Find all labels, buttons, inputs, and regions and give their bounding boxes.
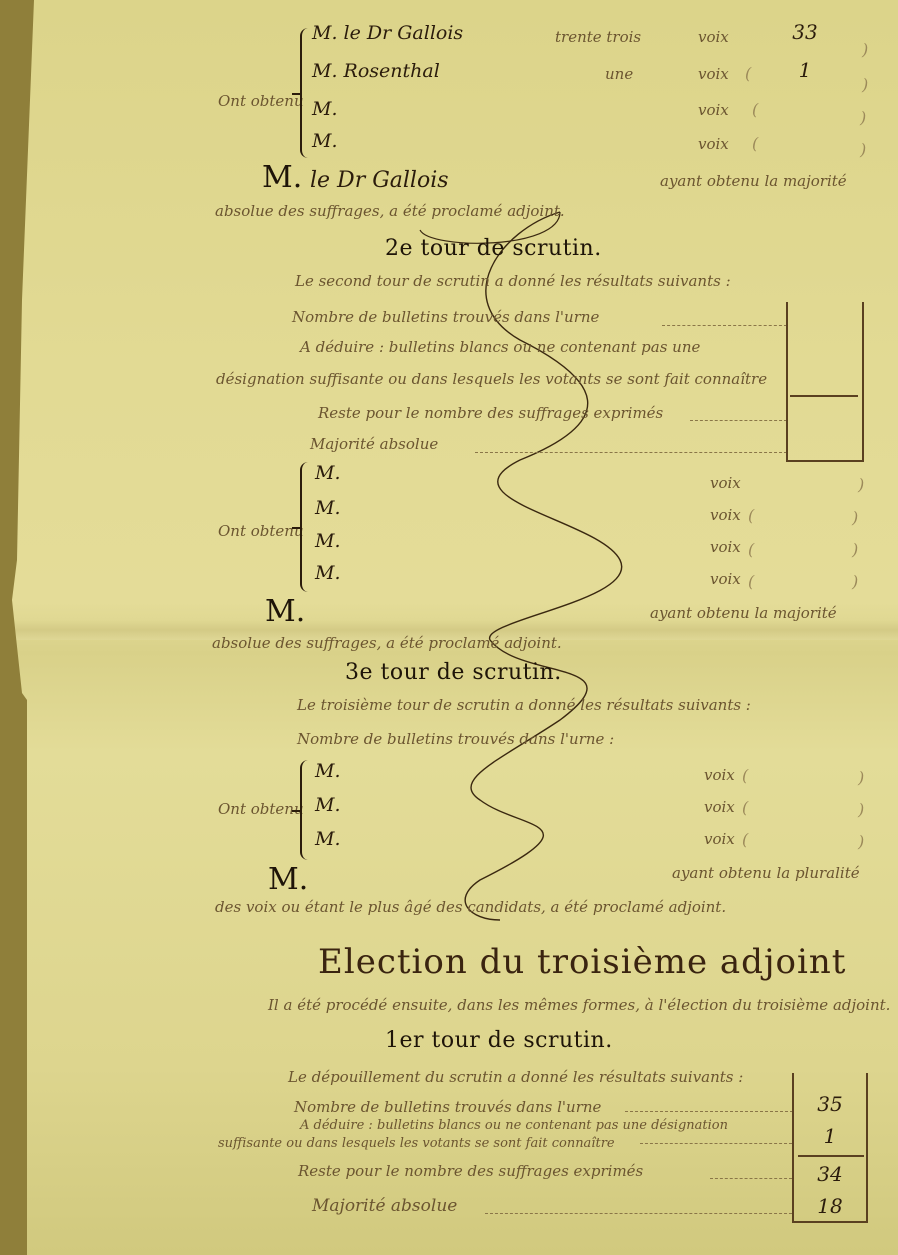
results-label: Ont obtenu xyxy=(218,92,304,110)
dotted-leader xyxy=(690,420,787,421)
candidate-prefix: M. xyxy=(315,794,341,816)
paren-open: ( xyxy=(742,798,748,817)
candidate-name: M. le Dr Gallois xyxy=(312,22,463,44)
candidate-name: M. xyxy=(312,98,338,120)
results-label: Ont obtenu xyxy=(218,800,304,818)
voix-label: voix xyxy=(704,830,735,848)
paren-close: ) xyxy=(858,800,864,819)
results-label: Ont obtenu xyxy=(218,522,304,540)
candidate-name: M. Rosenthal xyxy=(312,60,440,82)
voix-label: voix xyxy=(698,135,729,153)
vote-count: 33 xyxy=(785,20,825,44)
candidate-prefix: M. xyxy=(315,562,341,584)
vote-words: trente trois xyxy=(555,28,641,46)
voix-label: voix xyxy=(710,538,741,556)
paren-open: ( xyxy=(745,64,751,83)
dotted-leader xyxy=(485,1213,792,1214)
proclaimed-name: le Dr Gallois xyxy=(310,168,449,193)
section-intro: Il a été procédé ensuite, dans les mêmes… xyxy=(268,996,890,1014)
paren-close: ) xyxy=(852,508,858,527)
voix-label: voix xyxy=(698,101,729,119)
proclaimed-text: ayant obtenu la pluralité xyxy=(672,864,860,882)
paren-open: ( xyxy=(748,572,754,591)
voix-label: voix xyxy=(698,65,729,83)
deducted-value: 1 xyxy=(805,1124,855,1148)
results-brace xyxy=(300,28,312,158)
deduct-label-line2: désignation suffisante ou dans lesquels … xyxy=(216,370,767,388)
dotted-leader xyxy=(475,452,787,453)
deduct-label: A déduire : bulletins blancs ou ne conte… xyxy=(300,338,700,356)
paren-open: ( xyxy=(748,540,754,559)
proclaimed-text: ayant obtenu la majorité xyxy=(660,172,847,190)
remaining-label: Reste pour le nombre des suffrages expri… xyxy=(298,1162,643,1180)
tally-box-divider xyxy=(798,1155,864,1157)
candidate-prefix: M. xyxy=(315,828,341,850)
vote-words: une xyxy=(605,65,633,83)
round-intro: Le troisième tour de scrutin a donné les… xyxy=(297,696,751,714)
round-1-heading: 1er tour de scrutin. xyxy=(385,1028,613,1053)
paren-open: ( xyxy=(748,506,754,525)
voix-label: voix xyxy=(710,570,741,588)
proclaimed-text-line2: des voix ou étant le plus âgé des candid… xyxy=(215,898,726,916)
proclaimed-M: M. xyxy=(265,594,305,629)
voix-label: voix xyxy=(698,28,729,46)
candidate-name: M. xyxy=(312,130,338,152)
voix-label: voix xyxy=(710,474,741,492)
paren-open: ( xyxy=(742,830,748,849)
paren-close: ) xyxy=(852,540,858,559)
paren-close: ) xyxy=(860,140,866,159)
ballots-found-value: 35 xyxy=(805,1092,855,1116)
voix-label: voix xyxy=(704,798,735,816)
round-intro: Le second tour de scrutin a donné les ré… xyxy=(295,272,731,290)
dotted-leader xyxy=(662,325,787,326)
paren-close: ) xyxy=(858,832,864,851)
proclaimed-M: M. xyxy=(262,160,302,195)
proclaimed-text: ayant obtenu la majorité xyxy=(650,604,837,622)
paren-close: ) xyxy=(862,75,868,94)
count-intro: Le dépouillement du scrutin a donné les … xyxy=(288,1068,743,1086)
ballots-found-label: Nombre de bulletins trouvés dans l'urne … xyxy=(297,730,614,748)
candidate-prefix: M. xyxy=(315,462,341,484)
ballots-found-label: Nombre de bulletins trouvés dans l'urne xyxy=(294,1098,601,1116)
majority-label: Majorité absolue xyxy=(310,435,438,453)
proclaimed-M: M. xyxy=(268,862,308,897)
paren-open: ( xyxy=(752,134,758,153)
candidate-prefix: M. xyxy=(315,760,341,782)
dotted-leader xyxy=(710,1178,792,1179)
ballots-found-label: Nombre de bulletins trouvés dans l'urne xyxy=(292,308,599,326)
deduct-label: A déduire : bulletins blancs ou ne conte… xyxy=(300,1118,728,1133)
paren-close: ) xyxy=(858,475,864,494)
majority-value: 18 xyxy=(805,1194,855,1218)
paren-close: ) xyxy=(862,40,868,59)
deduct-label-line2: suffisante ou dans lesquels les votants … xyxy=(218,1136,615,1151)
paren-close: ) xyxy=(860,108,866,127)
paren-close: ) xyxy=(852,572,858,591)
remaining-label: Reste pour le nombre des suffrages expri… xyxy=(318,404,663,422)
document-page: Ont obtenu M. le Dr Gallois trente trois… xyxy=(0,0,898,1255)
paren-open: ( xyxy=(742,766,748,785)
voix-label: voix xyxy=(710,506,741,524)
paren-open: ( xyxy=(752,100,758,119)
tally-box xyxy=(786,302,864,462)
paren-close: ) xyxy=(858,768,864,787)
dotted-leader xyxy=(640,1143,792,1144)
results-brace xyxy=(300,760,312,860)
dotted-leader xyxy=(625,1111,793,1112)
section-title: Election du troisième adjoint xyxy=(318,942,846,982)
round-3-heading: 3e tour de scrutin. xyxy=(345,660,562,685)
round-2-heading: 2e tour de scrutin. xyxy=(385,236,602,261)
remaining-value: 34 xyxy=(805,1162,855,1186)
proclaimed-text-line2: absolue des suffrages, a été proclamé ad… xyxy=(215,202,565,220)
candidate-prefix: M. xyxy=(315,530,341,552)
vote-count: 1 xyxy=(785,58,825,82)
voix-label: voix xyxy=(704,766,735,784)
candidate-prefix: M. xyxy=(315,497,341,519)
results-brace xyxy=(300,462,312,592)
majority-label: Majorité absolue xyxy=(312,1196,457,1216)
proclaimed-text-line2: absolue des suffrages, a été proclamé ad… xyxy=(212,634,562,652)
tally-box-divider xyxy=(790,395,858,397)
